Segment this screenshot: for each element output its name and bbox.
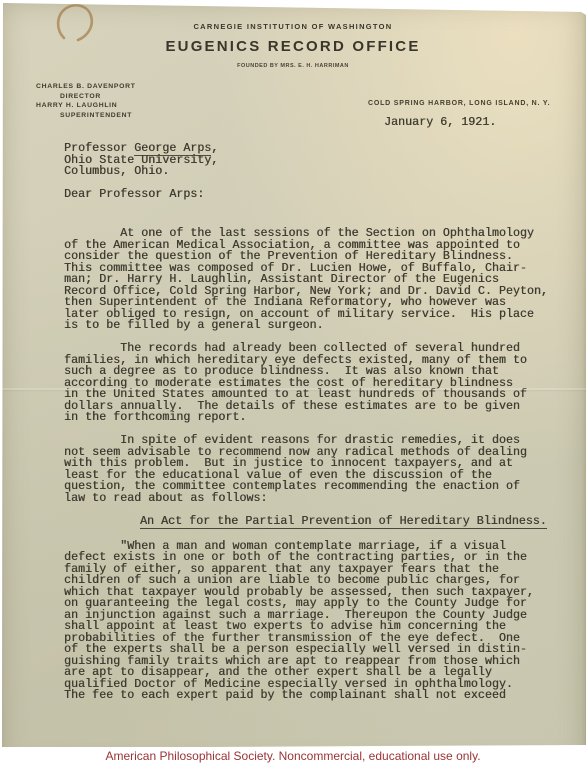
officer-title: DIRECTOR	[36, 92, 136, 102]
act-heading: An Act for the Partial Prevention of Her…	[64, 516, 576, 528]
letterhead-institution: CARNEGIE INSTITUTION OF WASHINGTON	[0, 22, 586, 31]
officer-name: CHARLES B. DAVENPORT	[36, 82, 136, 92]
officer-name: HARRY H. LAUGHLIN	[36, 101, 136, 111]
recipient-line-3: Columbus, Ohio.	[64, 166, 576, 178]
paragraph: At one of the last sessions of the Secti…	[64, 228, 576, 332]
letterhead-founded-line: FOUNDED BY MRS. E. H. HARRIMAN	[0, 63, 586, 69]
paragraph: "When a man and woman contemplate marria…	[64, 541, 576, 702]
letterhead-officers: CHARLES B. DAVENPORT DIRECTOR HARRY H. L…	[36, 82, 136, 120]
fold-crease	[0, 388, 586, 390]
paragraph: The records had already been collected o…	[64, 343, 576, 424]
paragraph: In spite of evident reasons for drastic …	[64, 435, 576, 504]
letter-page: CARNEGIE INSTITUTION OF WASHINGTON EUGEN…	[0, 0, 586, 770]
act-heading-text: An Act for the Partial Prevention of Her…	[140, 514, 547, 529]
scan-background: CARNEGIE INSTITUTION OF WASHINGTON EUGEN…	[0, 0, 586, 770]
footer-caption: American Philosophical Society. Noncomme…	[0, 749, 586, 763]
letterhead-office-title: EUGENICS RECORD OFFICE	[0, 38, 586, 55]
date-line: January 6, 1921.	[384, 116, 496, 128]
letter-body: Professor George Arps, Ohio State Univer…	[64, 143, 576, 713]
officer-title: SUPERINTENDENT	[36, 111, 136, 121]
salutation: Dear Professor Arps:	[64, 189, 576, 201]
letterhead-location: COLD SPRING HARBOR, LONG ISLAND, N. Y.	[368, 100, 550, 107]
